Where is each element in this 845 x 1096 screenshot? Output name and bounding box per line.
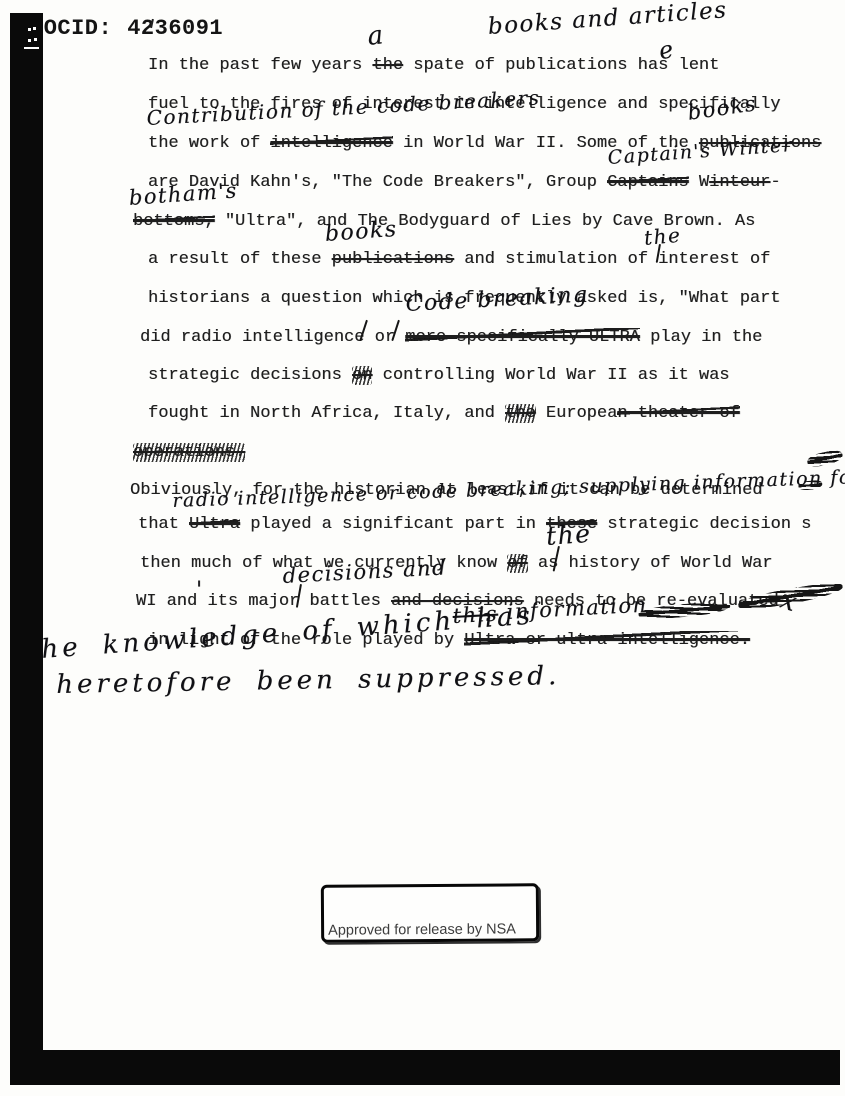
typed-line: fought in North Africa, Italy, and the E… [148, 403, 740, 425]
typed-text: fought in North Africa, Italy, and [148, 404, 505, 423]
typed-line: then much of what we currently know of a… [140, 553, 773, 575]
typed-text: strategic decision s [597, 515, 811, 534]
typed-text: play in the [640, 328, 762, 347]
typed-text: played a significant part in [240, 515, 546, 534]
struck-text: the [372, 56, 403, 75]
struck-text: more specifically ULTRA [405, 328, 640, 347]
struck-text: publications [332, 250, 454, 269]
typed-text: W [689, 173, 709, 192]
struck-text: operations. [133, 443, 245, 462]
struck-text: n theater of [617, 404, 739, 423]
pen-scribble [806, 449, 844, 469]
typed-text: Europea [536, 404, 618, 423]
struck-text: Ultra or ultra intelligence. [464, 631, 750, 650]
struck-text: intelligence [270, 134, 392, 153]
typed-line: strategic decisions on controlling World… [148, 365, 730, 387]
struck-text: Ultra [189, 515, 240, 534]
typed-text: In the past few years [148, 56, 372, 75]
scan-artifact [24, 47, 39, 49]
handwritten-annotation: botham's [128, 178, 238, 210]
scanned-document-page: DOCID:4236091 In the past few years the … [0, 0, 845, 1096]
struck-text: on [352, 366, 372, 385]
struck-text: inteur [709, 173, 770, 192]
typed-text: a result of these [148, 250, 332, 269]
handwritten-annotation: books [324, 217, 398, 247]
typed-text: WI and its major battles [136, 592, 391, 611]
docid: DOCID:4236091 [30, 16, 223, 41]
typed-text: the work of [148, 134, 270, 153]
handwritten-annotation: the [643, 223, 682, 250]
typed-line: a result of these publications and stimu… [148, 249, 770, 271]
typed-text: - [770, 173, 780, 192]
handwritten-annotation: Contribution of the code breakers [146, 85, 541, 130]
typed-line: operations. [133, 442, 245, 464]
stamp-line: Approved for release by NSA [328, 921, 536, 939]
typed-text: controlling World War II as it was [372, 366, 729, 385]
redaction-bar-bottom [10, 1050, 840, 1085]
docid-value: 4236091 [127, 16, 223, 41]
typed-text: as history of World War [528, 554, 773, 573]
struck-text: of [507, 554, 527, 573]
typed-line: are David Kahn's, "The Code Breakers", G… [148, 172, 781, 194]
handwritten-annotation: ' [196, 578, 204, 603]
handwritten-annotation: books and articles [487, 0, 728, 40]
struck-text: bottoms, [133, 212, 215, 231]
typed-text: strategic decisions [148, 366, 352, 385]
struck-text: the [505, 404, 536, 423]
release-stamp: Approved for release by NSA on 05-12-201… [321, 883, 539, 943]
typed-line: did radio intelligence or more specifica… [140, 327, 762, 349]
typed-line: that Ultra played a significant part in … [138, 514, 811, 536]
typed-text: did radio intelligence or [140, 328, 405, 347]
typed-text: that [138, 515, 189, 534]
redaction-bar-left [10, 13, 43, 1085]
typed-line: In the past few years the spate of publi… [148, 55, 719, 77]
handwritten-annotation: a [366, 20, 386, 52]
struck-text: Captains [607, 173, 689, 192]
scan-artifact [28, 28, 31, 31]
typed-text: and stimulation of interest of [454, 250, 770, 269]
handwritten-annotation: the [545, 519, 592, 551]
handwritten-annotation: radio intelligence or code breaking; sup… [172, 466, 845, 512]
handwritten-annotation: heretofore been suppressed. [56, 661, 560, 700]
